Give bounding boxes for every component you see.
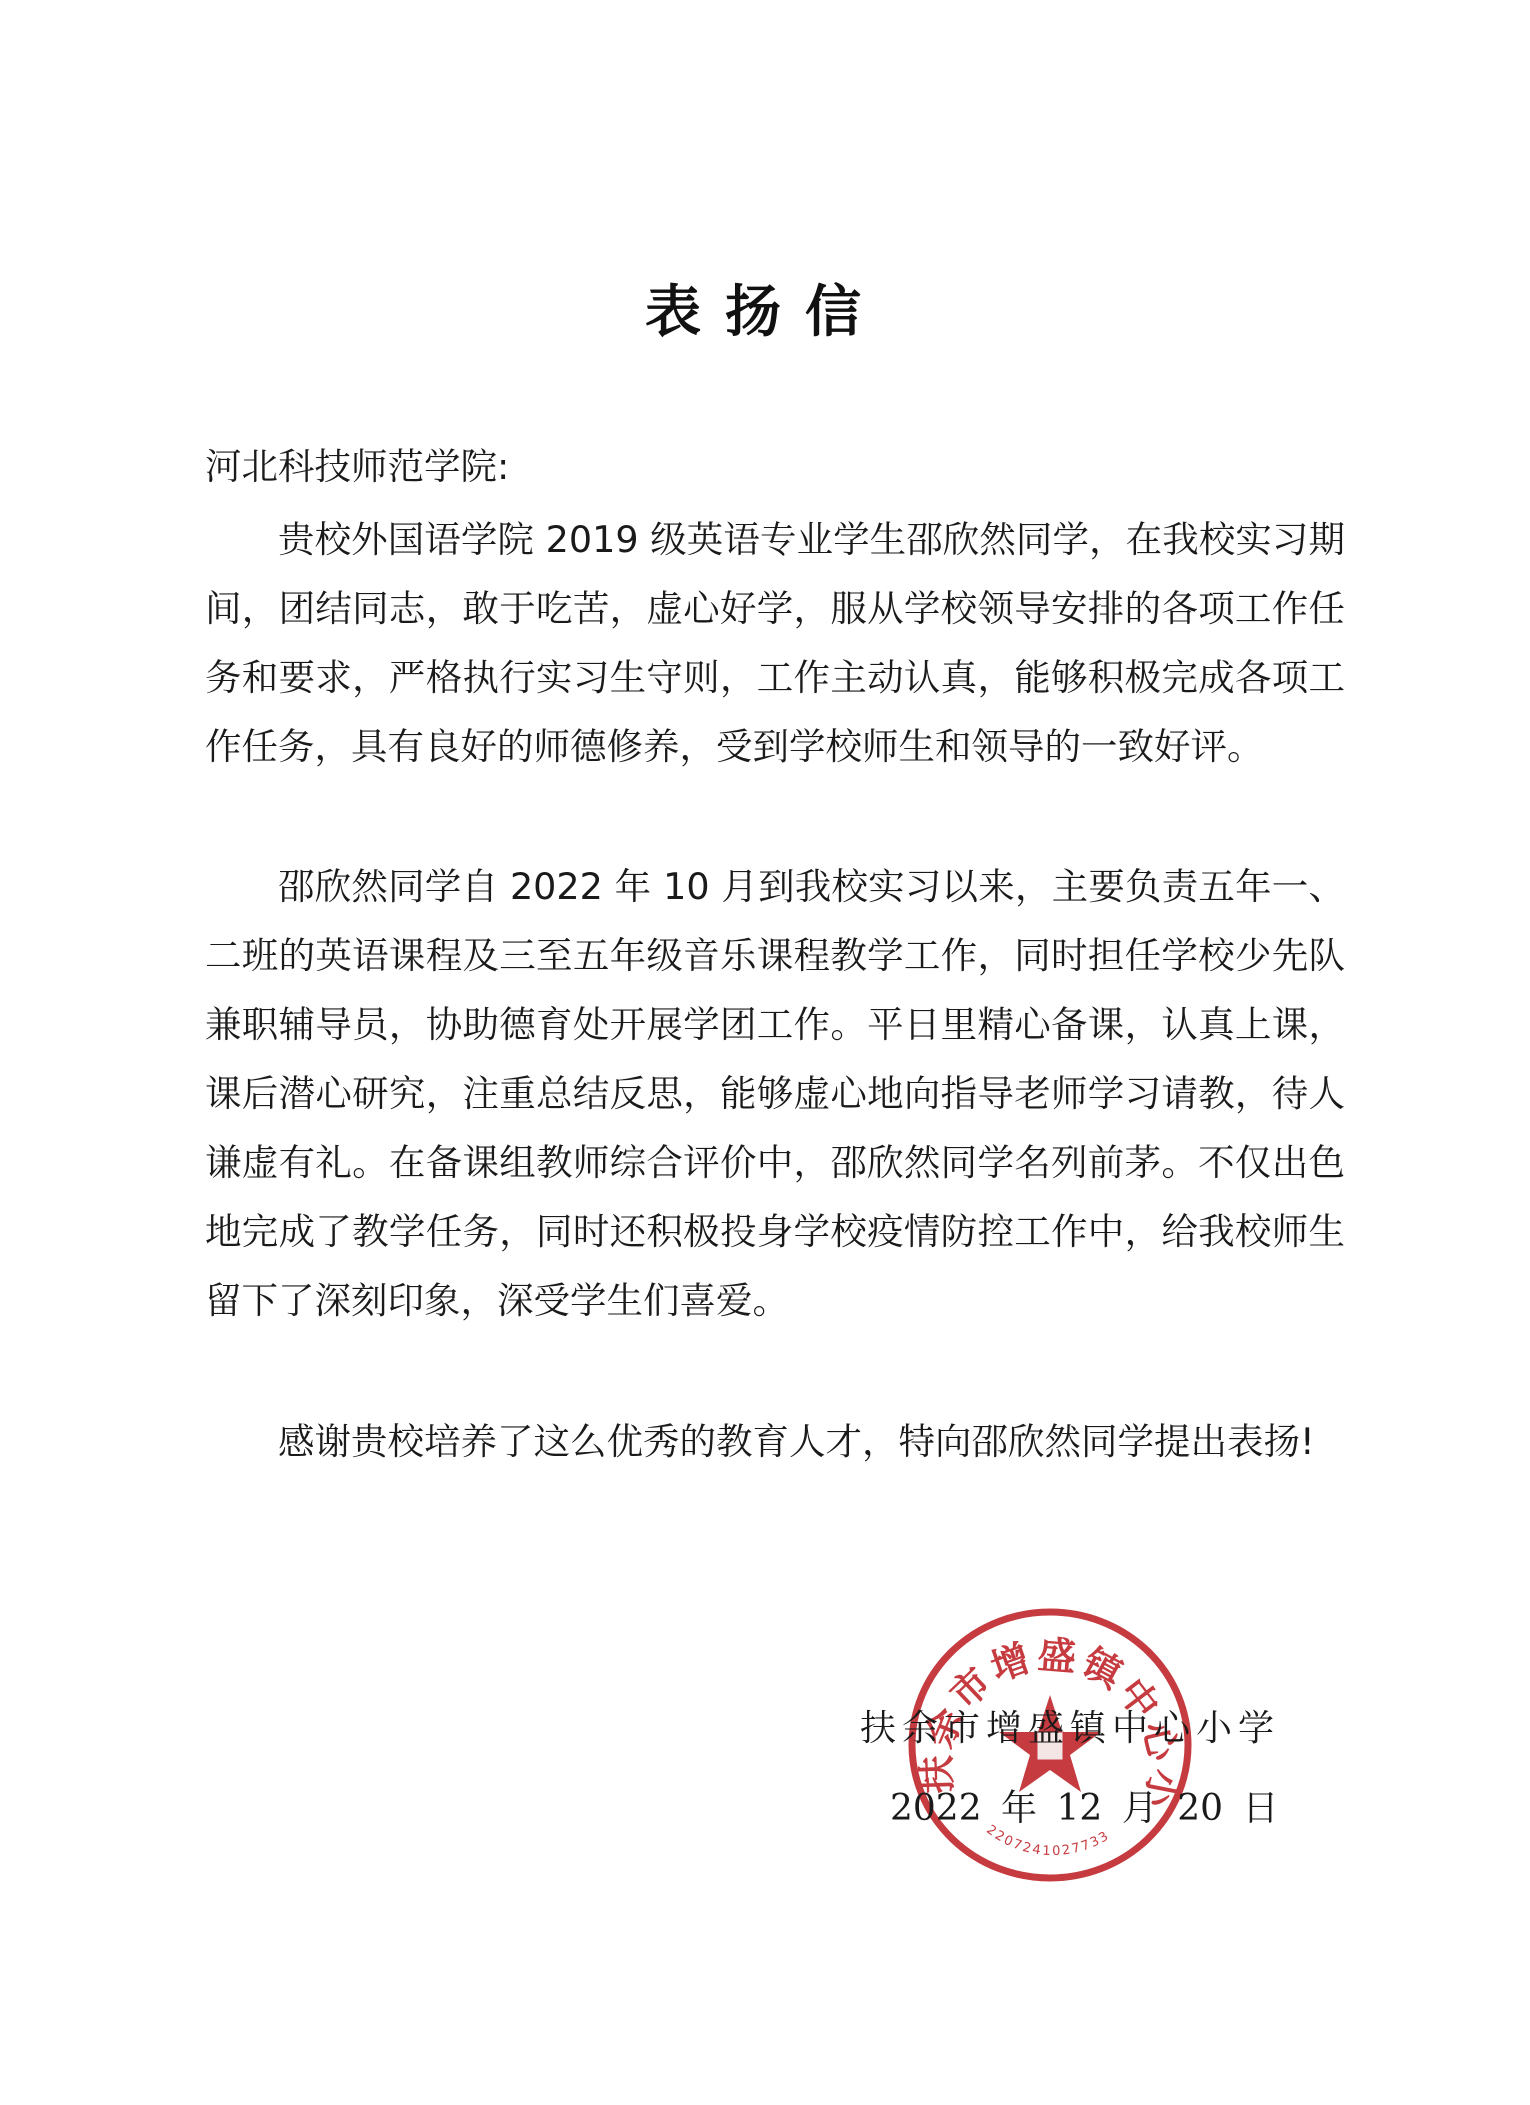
paragraph-text: 贵校外国语学院 2019 级英语专业学生邵欣然同学，在我校实习期间，团结同志，敢… <box>205 505 1345 781</box>
signature-date: 2022 年 12 月 20 日 <box>890 1780 1278 1831</box>
paragraph-text: 邵欣然同学自 2022 年 10 月到我校实习以来，主要负责五年一、二班的英语课… <box>205 852 1345 1335</box>
page-title: 表扬信 <box>0 268 1530 348</box>
paragraph-3: 感谢贵校培养了这么优秀的教育人才，特向邵欣然同学提出表扬! <box>205 1407 1345 1476</box>
letter-page: 表扬信 河北科技师范学院: 贵校外国语学院 2019 级英语专业学生邵欣然同学，… <box>0 0 1530 2105</box>
salutation: 河北科技师范学院: <box>205 438 509 490</box>
paragraph-2: 邵欣然同学自 2022 年 10 月到我校实习以来，主要负责五年一、二班的英语课… <box>205 852 1345 1335</box>
paragraph-1: 贵校外国语学院 2019 级英语专业学生邵欣然同学，在我校实习期间，团结同志，敢… <box>205 505 1345 781</box>
signature-org: 扶余市增盛镇中心小学 <box>860 1700 1280 1751</box>
paragraph-text: 感谢贵校培养了这么优秀的教育人才，特向邵欣然同学提出表扬! <box>205 1407 1345 1476</box>
